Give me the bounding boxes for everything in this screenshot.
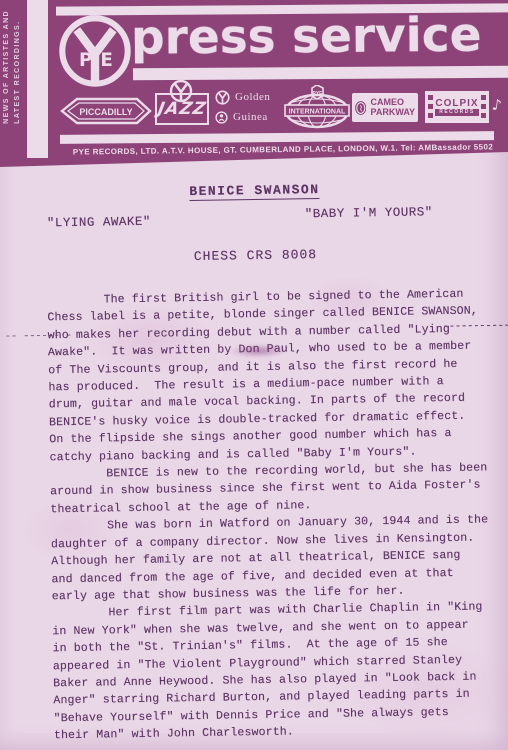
left-vertical-stripe xyxy=(27,0,48,158)
sidebar-slogan-line2: LATEST RECORDINGS. xyxy=(14,10,21,124)
artist-name-heading: BENICE SWANSON xyxy=(0,179,508,202)
typed-sheet: BENICE SWANSON "LYING AWAKE" "BABY I'M Y… xyxy=(0,163,508,745)
svg-text:PYE: PYE xyxy=(312,91,323,97)
parkway-label: PARKWAY xyxy=(370,108,415,117)
piccadilly-logo: PICCADILLY xyxy=(60,97,152,130)
margin-dash-artifact: -- ------ - xyxy=(5,330,72,343)
song-title-b: "BABY I'M YOURS" xyxy=(305,205,433,221)
guinea-coin-icon xyxy=(215,111,228,124)
ink-smudge xyxy=(229,343,289,358)
sidebar-slogan: NEWS OF ARTISTES AND LATEST RECORDINGS. xyxy=(3,10,21,124)
colpix-label: COLPIX xyxy=(435,98,478,109)
pye-mini-icon xyxy=(215,90,230,105)
trailing-dash-artifact: ----------- xyxy=(442,320,508,333)
svg-text:P: P xyxy=(79,50,92,71)
records-label: RECORDS xyxy=(435,109,479,116)
song-title-a: "LYING AWAKE" xyxy=(47,215,151,231)
pye-logo-icon: P E xyxy=(57,13,133,94)
svg-text:PICCADILLY: PICCADILLY xyxy=(79,107,132,117)
svg-text:E: E xyxy=(100,50,112,71)
press-service-title: press service xyxy=(131,7,508,65)
music-note-icon: ♪ xyxy=(491,95,503,114)
pye-jazz-logo: JAZZ xyxy=(155,93,209,125)
sidebar-slogan-line1: NEWS OF ARTISTES AND xyxy=(3,10,10,124)
pye-international-logo: PYE INTERNATIONAL xyxy=(283,85,351,134)
cameo-parkway-logo: CAMEO PARKWAY xyxy=(352,93,418,122)
golden-guinea-logo: Golden Guinea xyxy=(215,87,279,127)
song-titles-row: "LYING AWAKE" "BABY I'M YOURS" xyxy=(1,209,508,231)
guinea-label: Guinea xyxy=(233,111,268,123)
masthead: NEWS OF ARTISTES AND LATEST RECORDINGS. … xyxy=(0,0,508,167)
press-release-page: NEWS OF ARTISTES AND LATEST RECORDINGS. … xyxy=(0,0,508,750)
colpix-logo: COLPIX RECORDS xyxy=(425,91,489,123)
bottom-stripe xyxy=(60,131,494,144)
golden-label: Golden xyxy=(235,91,270,103)
catalog-number: CHESS CRS 8008 xyxy=(1,244,508,267)
svg-text:INTERNATIONAL: INTERNATIONAL xyxy=(289,109,346,116)
jazz-label: JAZZ xyxy=(156,101,207,118)
company-address: PYE RECORDS, LTD. A.T.V. HOUSE, GT. CUMB… xyxy=(58,142,508,156)
cameo-oval-icon xyxy=(355,97,366,119)
